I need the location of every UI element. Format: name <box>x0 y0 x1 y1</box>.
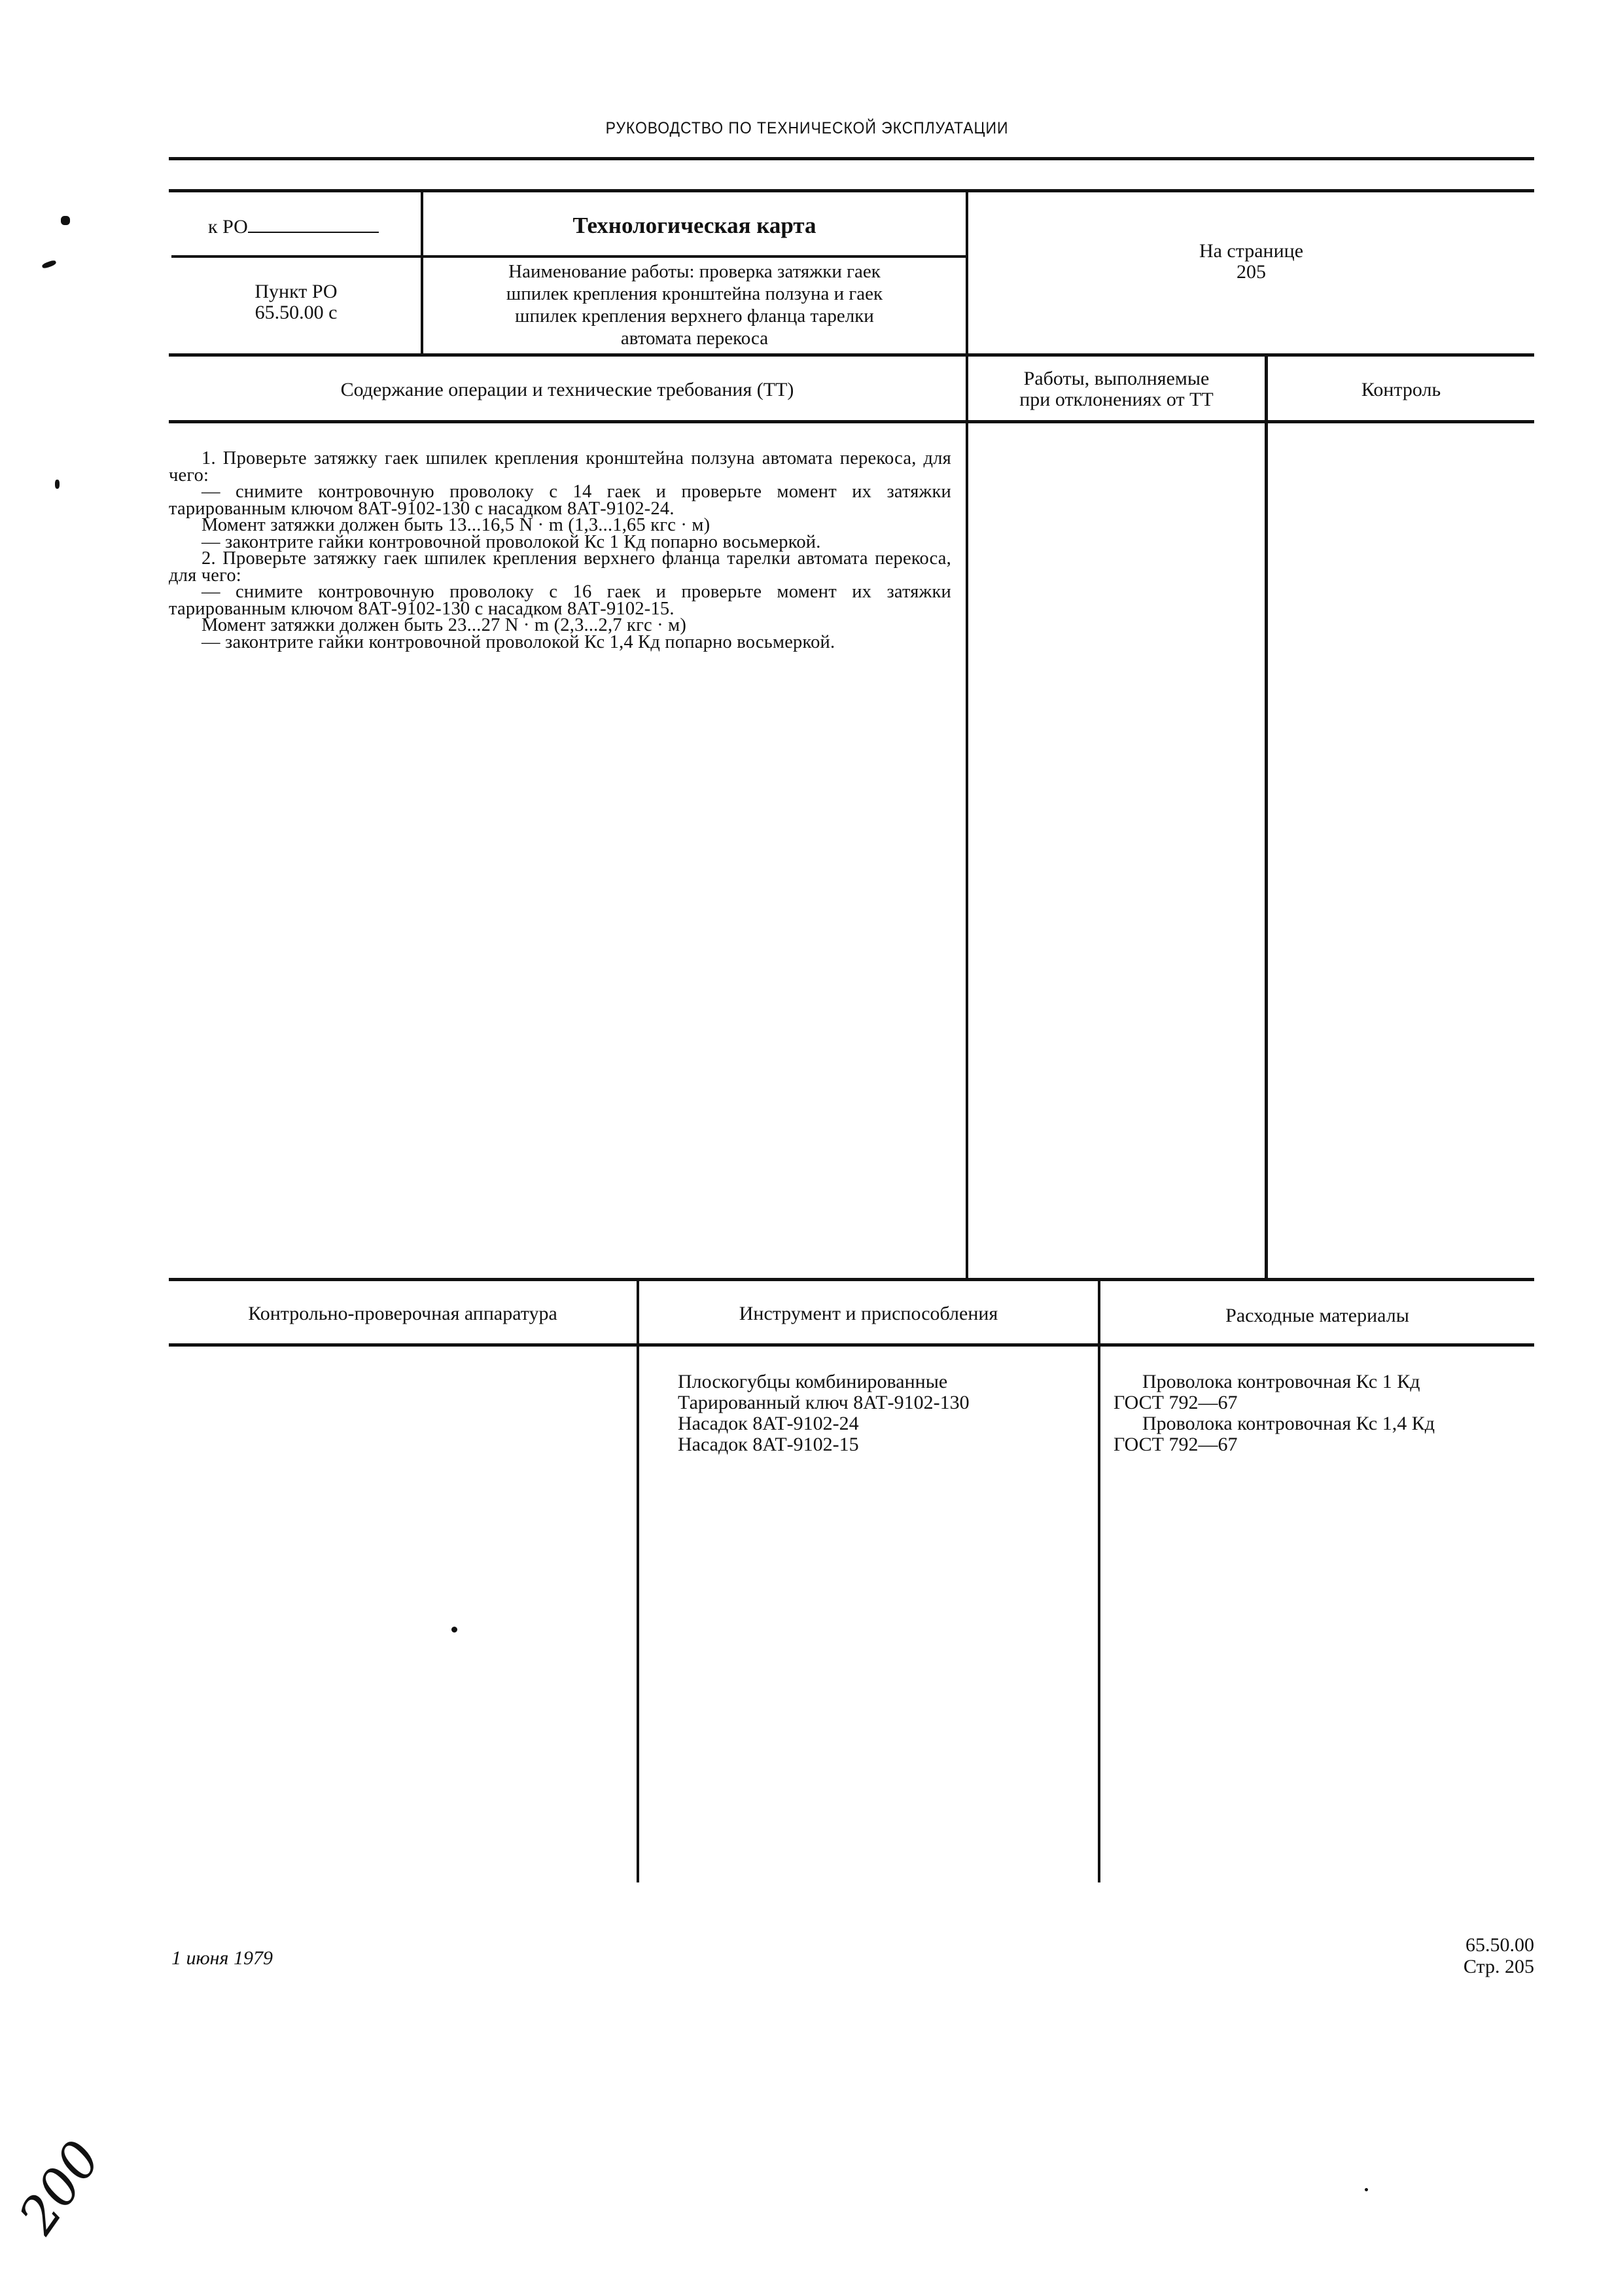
material-item: Проволока контровочная Кс 1 Кд <box>1114 1371 1532 1392</box>
running-head: РУКОВОДСТВО ПО ТЕХНИЧЕСКОЙ ЭКСПЛУАТАЦИИ <box>65 119 1550 138</box>
control-cell <box>1268 425 1534 1276</box>
res-col-divider-2 <box>1098 1280 1100 1882</box>
ops-col-header-deviation-line: при отклонениях от ТТ <box>968 389 1265 410</box>
material-item: Проволока контровочная Кс 1,4 Кд <box>1114 1413 1532 1434</box>
deviation-works-cell <box>968 425 1265 1276</box>
materials-list: Проволока контровочная Кс 1 КдГОСТ 792—6… <box>1114 1371 1532 1455</box>
ops-header-bottom-rule <box>169 420 1534 423</box>
res-header-bottom-rule <box>169 1343 1534 1347</box>
item-ref: Пункт РО 65.50.00 с <box>171 281 421 323</box>
footer-date: 1 июня 1979 <box>171 1947 273 1969</box>
page-label: На странице <box>968 241 1534 262</box>
ops-col-header-deviation-line: Работы, выполняемые <box>968 368 1265 389</box>
footer-page-number: Стр. 205 <box>1308 1956 1534 1977</box>
operations-content: 1. Проверьте затяжку гаек шпилек креплен… <box>169 450 951 650</box>
operation-step: 1. Проверьте затяжку гаек шпилек креплен… <box>169 450 951 484</box>
scan-speck <box>41 259 56 269</box>
operation-step: Момент затяжки должен быть 13...16,5 N ·… <box>169 517 951 534</box>
operation-step: Момент затяжки должен быть 23...27 N · m… <box>169 617 951 634</box>
res-col-divider-1 <box>637 1280 639 1882</box>
footer-section-number: 65.50.00 <box>1308 1934 1534 1956</box>
header-block-top-rule <box>169 189 1534 192</box>
material-standard: ГОСТ 792—67 <box>1114 1392 1532 1413</box>
tool-item: Тарированный ключ 8АТ-9102-130 <box>678 1392 1096 1413</box>
scan-speck <box>55 480 60 489</box>
material-standard: ГОСТ 792—67 <box>1114 1434 1532 1455</box>
work-name-line: шпилек крепления кронштейна ползуна и га… <box>423 283 966 305</box>
scan-speck <box>1365 2188 1368 2191</box>
operation-step: 2. Проверьте затяжку гаек шпилек креплен… <box>169 550 951 584</box>
page-ref-cell: На странице 205 <box>968 241 1534 283</box>
operation-step: — законтрите гайки контровочной проволок… <box>169 634 951 651</box>
card-title: Технологическая карта <box>423 213 966 239</box>
work-name-line: шпилек крепления верхнего фланца тарелки <box>423 305 966 327</box>
work-name-line: автомата перекоса <box>423 327 966 349</box>
ops-col-header-deviation: Работы, выполняемые при отклонениях от Т… <box>968 368 1265 410</box>
header-block-bottom-rule <box>169 353 1534 357</box>
res-col-header-equipment: Контрольно-проверочная аппаратура <box>169 1303 637 1324</box>
page-number: 205 <box>968 262 1534 283</box>
work-name: Наименование работы: проверка затяжки га… <box>423 260 966 349</box>
footer-page-ref: 65.50.00 Стр. 205 <box>1308 1934 1534 1977</box>
operation-step: — снимите контровочную проволоку с 16 га… <box>169 584 951 617</box>
item-label: Пункт РО <box>171 281 421 302</box>
tool-item: Насадок 8АТ-9102-15 <box>678 1434 1096 1455</box>
tools-list: Плоскогубцы комбинированныеТарированный … <box>678 1371 1096 1455</box>
res-col-header-tools: Инструмент и приспособления <box>639 1303 1098 1324</box>
ref-value-blank <box>248 215 379 233</box>
operation-step: — снимите контровочную проволоку с 14 га… <box>169 484 951 517</box>
tool-item: Насадок 8АТ-9102-24 <box>678 1413 1096 1434</box>
work-name-line: Наименование работы: проверка затяжки га… <box>423 260 966 283</box>
ref-field: к РО <box>208 215 404 238</box>
scan-speck <box>61 216 70 225</box>
handwritten-page-mark: 200 <box>8 2130 112 2244</box>
ops-table-bottom-rule <box>169 1278 1534 1281</box>
scan-speck <box>451 1627 457 1633</box>
res-col-header-materials: Расходные материалы <box>1100 1305 1534 1326</box>
ops-col-header-content: Содержание операции и технические требов… <box>169 380 966 400</box>
ref-label: к РО <box>208 216 248 238</box>
running-head-rule <box>169 157 1534 160</box>
header-inner-rule <box>171 255 967 258</box>
tool-item: Плоскогубцы комбинированные <box>678 1371 1096 1392</box>
item-number: 65.50.00 с <box>171 302 421 323</box>
ops-col-header-control: Контроль <box>1268 380 1534 400</box>
